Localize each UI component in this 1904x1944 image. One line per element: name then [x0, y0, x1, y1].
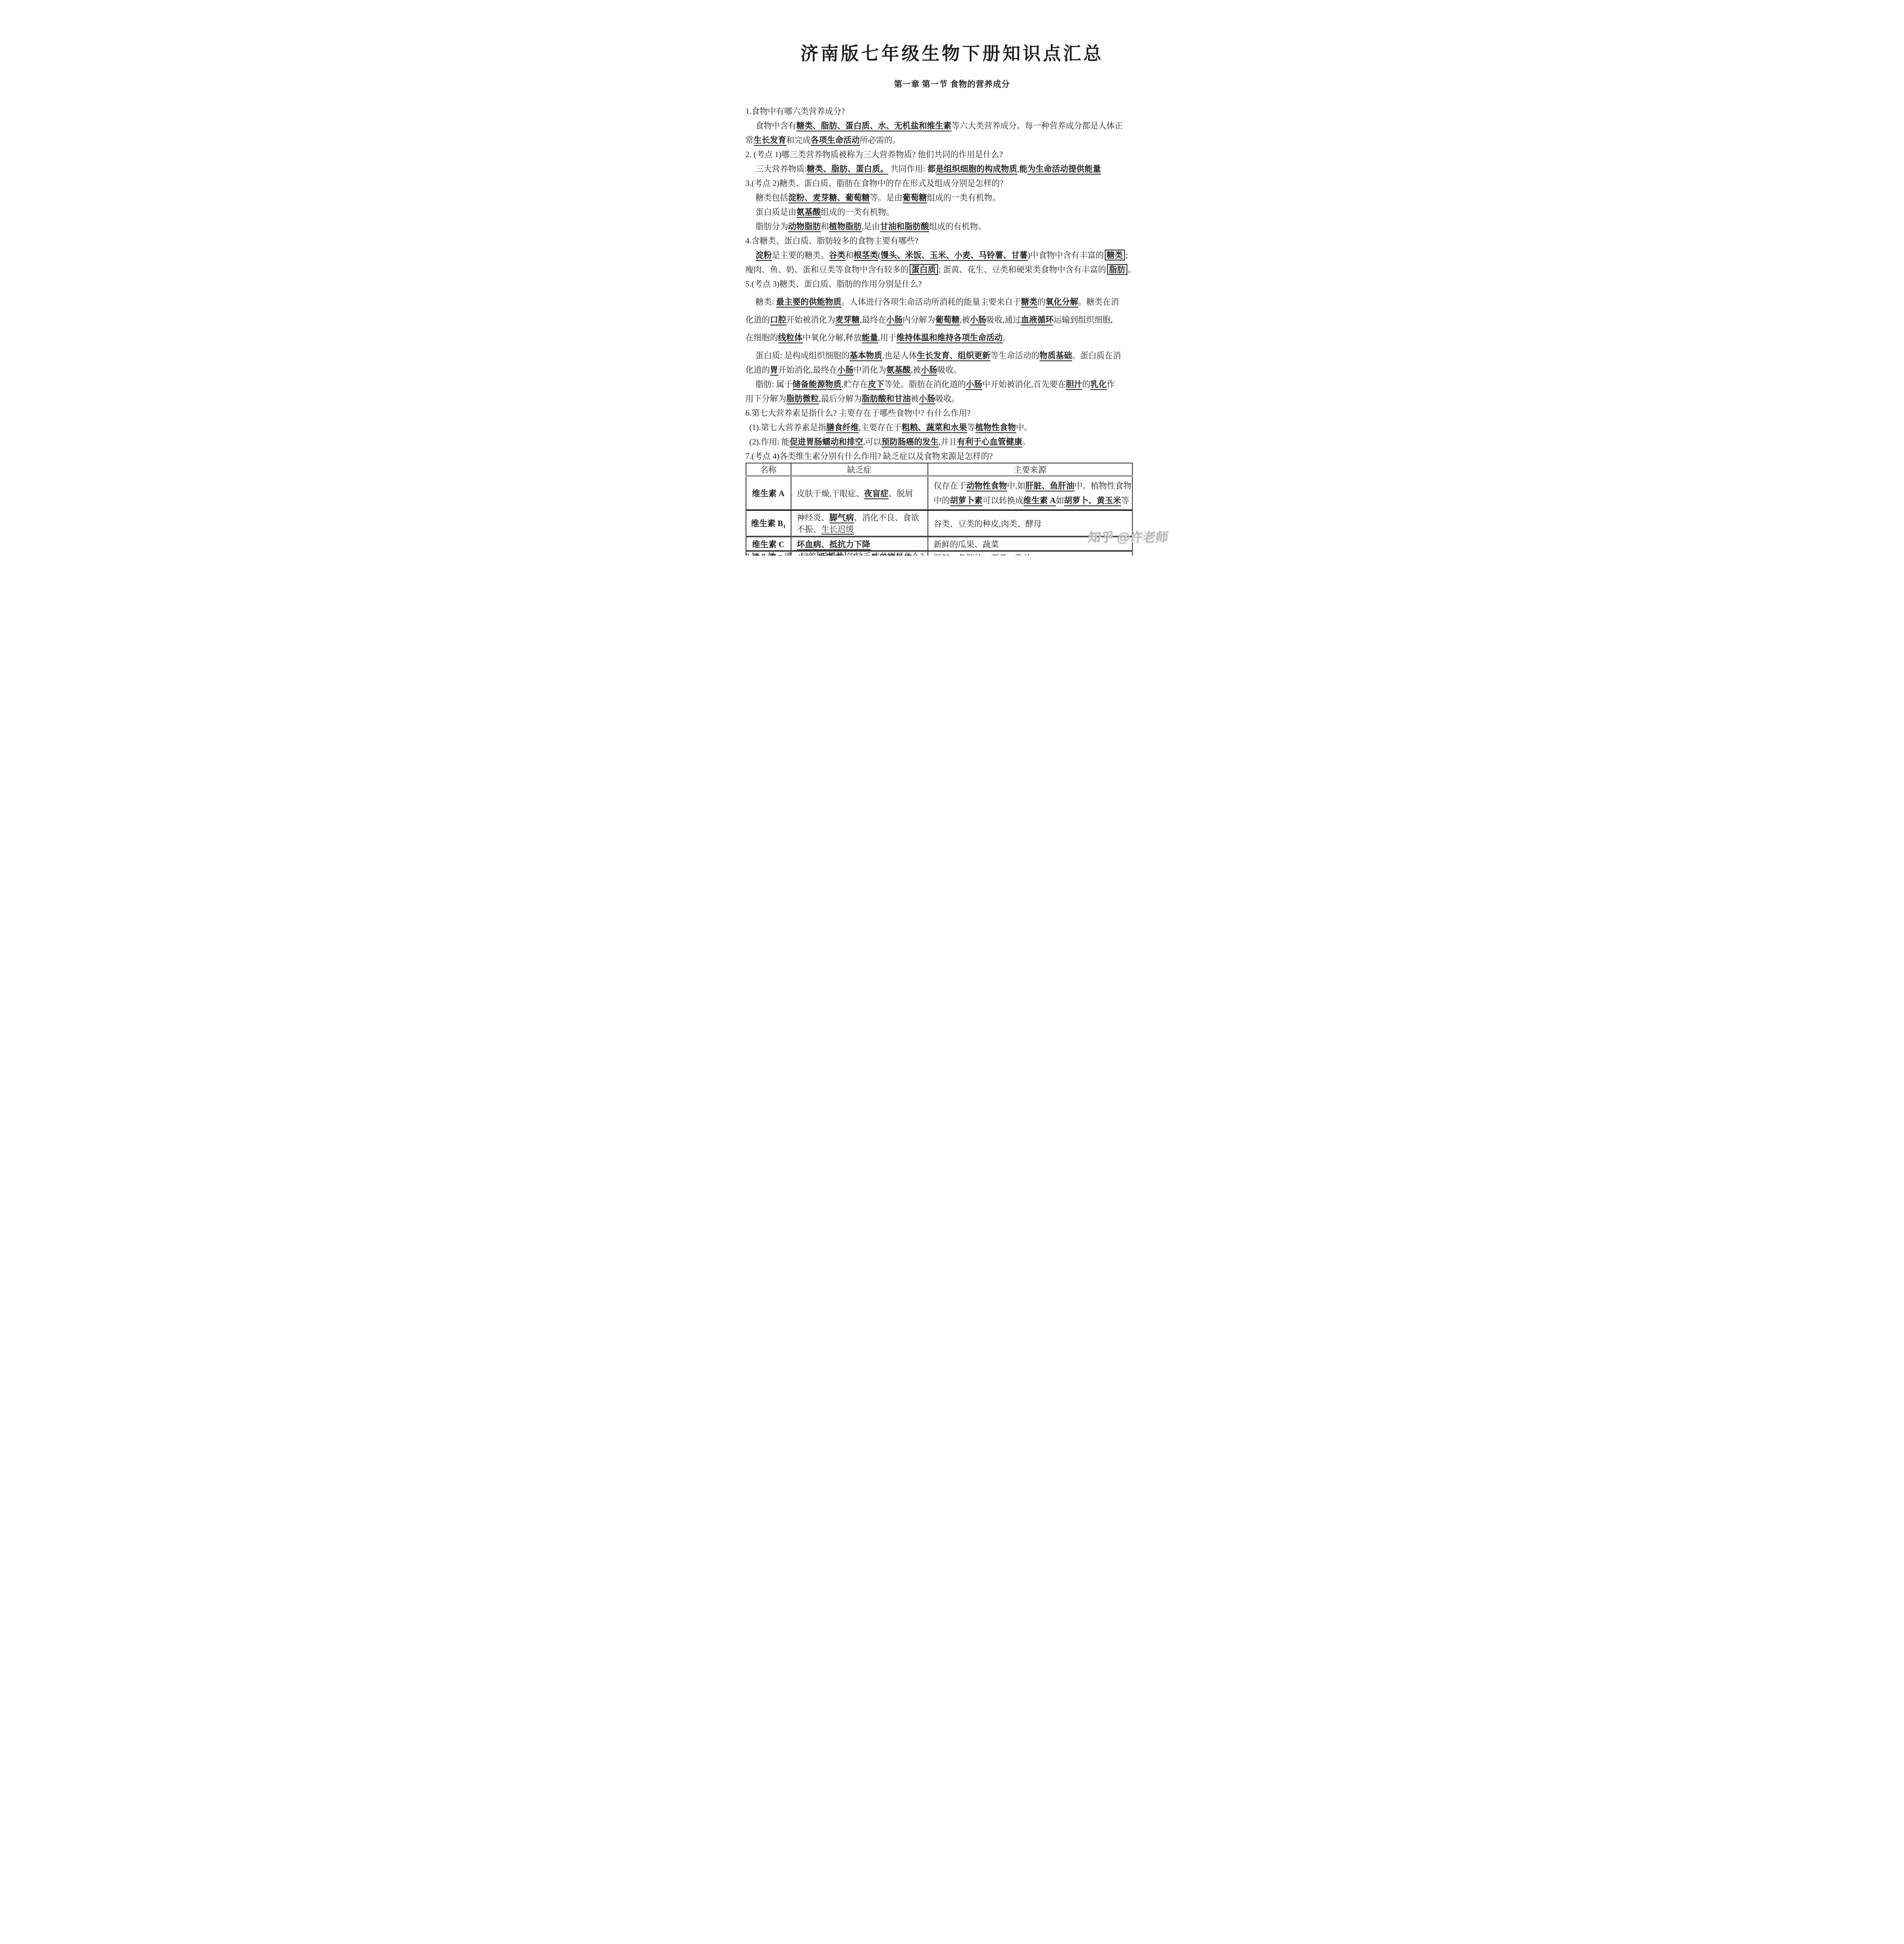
text-run: 开始消化,最终在 [778, 365, 837, 374]
text-run: 共同作用: [888, 164, 927, 173]
text-run: 脂肪分为 [756, 222, 788, 231]
emphasized-term: 淀粉 [756, 250, 772, 261]
deficiency-cell: 神经炎、脚气病、消化不良、食欲不振、生长迟缓 [791, 510, 928, 537]
text-run: 中,如 [1007, 481, 1025, 490]
text-run: 吸收。 [937, 365, 962, 374]
text-run: 用下分解为 [746, 394, 786, 403]
text-run: 1 [783, 523, 786, 529]
text-line: 常生长发育和完成各项生命活动所必需的。 [746, 133, 1134, 147]
text-run: 作 [1107, 379, 1115, 389]
emphasized-term: 生长发育 [754, 135, 786, 146]
emphasized-term: 夜盲症 [864, 489, 889, 499]
text-run: 。 [1128, 265, 1136, 274]
emphasized-term: 馒头、米饭、玉米、小麦、马铃薯、甘薯 [881, 250, 1028, 261]
text-run: ,被 [960, 315, 970, 324]
emphasized-term: 各项生命活动 [811, 135, 860, 146]
text-run: ,贮存在 [842, 379, 868, 389]
truncated-next-line: 8.钙、铁、碘、锌等无机盐的缺乏症分别是什么? [746, 552, 1134, 556]
emphasized-term: 线粒体 [778, 333, 803, 343]
text-run: 。 [1022, 437, 1031, 446]
text-run: 7.(考点 4)各类维生素分别有什么作用? 缺乏症以及食物来源是怎样的? [746, 451, 993, 461]
text-line: 1.食物中有哪六类营养成分? [746, 104, 1134, 119]
text-run: 、脱屑 [889, 489, 913, 498]
text-line: 食物中含有糖类、脂肪、蛋白质、水、无机盐和维生素等六大类营养成分。每一种营养成分… [746, 119, 1134, 133]
text-run: 运输到组织细胞, [1053, 315, 1113, 324]
text-run: 的 [1038, 297, 1046, 306]
text-run: 和完成 [786, 135, 811, 145]
text-run: 不振、 [797, 524, 821, 534]
text-run: 。 [1003, 333, 1011, 342]
text-run: 的 [1082, 379, 1090, 389]
text-run: 中的 [934, 496, 950, 505]
boxed-term: 脂肪 [1107, 264, 1127, 275]
text-run: ,也是人体 [882, 351, 917, 360]
emphasized-term: 葡萄糖 [935, 315, 960, 325]
text-line: (2).作用: 能促进胃肠蠕动和排空,可以预防肠癌的发生,并且有利于心血管健康。 [746, 435, 1134, 449]
text-run: 。蛋白质在消 [1072, 351, 1121, 360]
emphasized-term: 坏血病、抵抗力下降 [797, 540, 870, 550]
text-line: 蛋白质是由氨基酸组成的一类有机物。 [746, 205, 1134, 219]
text-line: 用下分解为脂肪微粒,最后分解为脂肪酸和甘油被小肠吸收。 [746, 392, 1134, 406]
emphasized-term: 维生素 A [1024, 496, 1056, 506]
text-line: 化道的口腔开始被消化为麦芽糖,最终在小肠内分解为葡萄糖,被小肠吸收,通过血液循环… [746, 313, 1134, 327]
text-line: 瘦肉、鱼、奶、蛋和豆类等食物中含有较多的蛋白质; 蛋黄、花生、豆类和硬果类食物中… [746, 262, 1134, 277]
text-run: 组成的一类有机物。 [927, 193, 1001, 202]
emphasized-term: 糖类、脂肪、蛋白质、水、无机盐和维生素 [797, 121, 952, 131]
text-run: 1.食物中有哪六类营养成分? [746, 107, 845, 116]
text-run: 等六大类营养成分。每一种营养成分都是人体正 [952, 121, 1123, 130]
text-run: ; 蛋黄、花生、豆类和硬果类食物中含有丰富的 [939, 265, 1106, 274]
text-run: ,并且 [939, 437, 957, 446]
emphasized-term: 动物脂肪 [788, 222, 821, 232]
boxed-term: 糖类 [1105, 250, 1125, 260]
text-run: ,是由 [862, 222, 880, 231]
text-run: ,用于 [878, 333, 896, 342]
emphasized-term: 是组织细胞的构成物质 [936, 164, 1017, 175]
text-run: 8.钙、铁、碘、锌等 [746, 552, 817, 556]
text-run: 新鲜的瓜果、蔬菜 [934, 540, 999, 549]
emphasized-term: 脂肪微粒 [786, 394, 819, 404]
emphasized-term: 糖类 [1021, 297, 1038, 308]
text-run: ( [878, 250, 881, 260]
text-run: 组成的有机物。 [929, 222, 986, 231]
text-run: 三大营养物质: [756, 164, 807, 173]
text-run: )中食物中含有丰富的 [1028, 250, 1104, 260]
text-run: 的缺乏症分别是什么? [847, 552, 924, 556]
emphasized-term: 糖类、脂肪、蛋白质。 [807, 164, 888, 175]
text-run: ,最终在 [860, 315, 886, 324]
underlined-term: 生长迟缓 [821, 524, 854, 535]
text-run: (2).作用: 能 [749, 437, 790, 446]
emphasized-term: 粗粮、蔬菜和水果 [902, 423, 967, 433]
watermark: 知乎 @许老师 [1087, 527, 1169, 545]
text-run: 糖类包括 [756, 193, 788, 202]
emphasized-term: 胆汁 [1066, 379, 1082, 390]
text-line: 7.(考点 4)各类维生素分别有什么作用? 缺乏症以及食物来源是怎样的? [746, 449, 1134, 463]
text-line: 淀粉是主要的糖类。谷类和根茎类(馒头、米饭、玉米、小麦、马铃薯、甘薯)中食物中含… [746, 248, 1134, 262]
text-run: 糖类: [756, 297, 776, 306]
text-run: 是主要的糖类。 [772, 250, 829, 260]
emphasized-term: 膳食纤维 [826, 423, 859, 433]
text-run: 仅存在于 [934, 481, 966, 490]
text-run: 等 [1121, 496, 1129, 505]
text-run: 组成的一类有机物。 [821, 207, 894, 217]
text-run: 等。是由 [870, 193, 903, 202]
text-line: 脂肪分为动物脂肪和植物脂肪,是由甘油和脂肪酸组成的有机物。 [746, 219, 1134, 234]
text-run: 和 [845, 250, 854, 260]
page-title: 济南版七年级生物下册知识点汇总 [714, 44, 1190, 64]
text-run: ,主要存在于 [859, 423, 901, 432]
text-run: ,可以 [863, 437, 881, 446]
emphasized-term: 储备能源物质 [793, 379, 842, 390]
emphasized-term: 促进胃肠蠕动和排空 [790, 437, 863, 448]
text-run: 中消化为 [854, 365, 886, 374]
text-run: ,最后分解为 [819, 394, 862, 403]
emphasized-term: 乳化 [1090, 379, 1107, 390]
emphasized-term: 氧化分解 [1046, 297, 1078, 308]
emphasized-term: 为生命活动提供能量 [1027, 164, 1101, 175]
text-run: 等生命活动的 [990, 351, 1039, 360]
text-run: 瘦肉、鱼、奶、蛋和豆类等食物中含有较多的 [746, 265, 909, 274]
emphasized-term: 脚气病 [830, 513, 854, 523]
emphasized-term: 脂肪酸和甘油 [862, 394, 911, 404]
vitamin-table: 名称 缺乏症 主要来源 维生素 A皮肤干燥,干眼症、夜盲症、脱屑仅存在于动物性食… [746, 463, 1133, 556]
text-line: 6.第七大营养素是指什么? 主要存在于哪些食物中? 有什么作用? [746, 406, 1134, 420]
emphasized-term: 能 [1019, 164, 1027, 173]
text-run: 中。 [1016, 423, 1032, 432]
emphasized-term: 小肠 [970, 315, 986, 325]
text-run: 3.(考点 2)糖类、蛋白质、脂肪在食物中的存在形式及组成分别是怎样的? [746, 178, 1004, 188]
text-run: 谷类、豆类的种皮,肉类、酵母 [934, 519, 1042, 528]
text-line: 蛋白质: 是构成组织细胞的基本物质,也是人体生长发育、组织更新等生命活动的物质基… [746, 348, 1134, 363]
text-run: ,被 [911, 365, 921, 374]
table-header-deficiency: 缺乏症 [791, 463, 928, 476]
text-line: 糖类: 最主要的供能物质。人体进行各项生命活动所消耗的能量主要来自于糖类的氧化分… [746, 295, 1134, 309]
table-header-name: 名称 [746, 463, 791, 476]
text-run: 化道的 [746, 315, 770, 324]
text-run: 脂肪: 属于 [756, 379, 793, 389]
document-page: 济南版七年级生物下册知识点汇总 第一章 第一节 食物的营养成分 1.食物中有哪六… [714, 0, 1190, 556]
emphasized-term: 氨基酸 [797, 207, 821, 218]
emphasized-term: 植物性食物 [975, 423, 1016, 433]
text-run: 6.第七大营养素是指什么? 主要存在于哪些食物中? 有什么作用? [746, 408, 971, 418]
deficiency-cell: 皮肤干燥,干眼症、夜盲症、脱屑 [791, 476, 928, 510]
text-run: 所必需的。 [860, 135, 901, 145]
text-run: 中。植物性食物 [1074, 481, 1132, 490]
table-header-row: 名称 缺乏症 主要来源 [746, 463, 1132, 476]
text-run: 皮肤干燥,干眼症、 [797, 489, 864, 498]
text-run: ; [1126, 250, 1128, 260]
emphasized-term: 肝脏、鱼肝油 [1025, 481, 1074, 491]
text-run: (1).第七大营养素是指 [749, 423, 826, 432]
emphasized-term: 维持体温和维持各项生命活动 [896, 333, 1003, 343]
text-line: 糖类包括淀粉、麦芽糖、葡萄糖等。是由葡萄糖组成的一类有机物。 [746, 191, 1134, 205]
emphasized-term: 血液循环 [1021, 315, 1053, 325]
vitamin-name-cell: 维生素 B1 [746, 510, 791, 537]
text-line: 4.含糖类、蛋白质、脂肪较多的食物主要有哪些? [746, 234, 1134, 248]
text-run: 5.(考点 3)糖类、蛋白质、脂肪的作用分别是什么? [746, 279, 922, 288]
text-line: 在细胞的线粒体中氧化分解,释放能量,用于维持体温和维持各项生命活动。 [746, 330, 1134, 345]
emphasized-term: 口腔 [770, 315, 786, 325]
text-run: 吸收。 [935, 394, 960, 403]
text-line: (1).第七大营养素是指膳食纤维,主要存在于粗粮、蔬菜和水果等植物性食物中。 [746, 420, 1134, 435]
emphasized-term: 动物性食物 [966, 481, 1007, 491]
table-row: 维生素 C坏血病、抵抗力下降新鲜的瓜果、蔬菜 [746, 537, 1132, 551]
emphasized-term: 基本物质 [850, 351, 882, 361]
text-run: 食物中含有 [756, 121, 797, 130]
table-row: 维生素 B1神经炎、脚气病、消化不良、食欲不振、生长迟缓谷类、豆类的种皮,肉类、… [746, 510, 1132, 537]
emphasized-term: 根茎类 [854, 250, 878, 261]
emphasized-term: 维生素 C [752, 540, 784, 549]
text-line: 5.(考点 3)糖类、蛋白质、脂肪的作用分别是什么? [746, 277, 1134, 291]
emphasized-term: 都 [928, 164, 936, 173]
text-run: 如 [1056, 496, 1064, 505]
document-body: 1.食物中有哪六类营养成分?食物中含有糖类、脂肪、蛋白质、水、无机盐和维生素等六… [746, 104, 1134, 463]
table-header-sources: 主要来源 [928, 463, 1132, 476]
table-row: 维生素 A皮肤干燥,干眼症、夜盲症、脱屑仅存在于动物性食物中,如肝脏、鱼肝油中。… [746, 476, 1132, 510]
text-run: 蛋白质是由 [756, 207, 797, 217]
emphasized-term: 植物脂肪 [829, 222, 862, 232]
text-run: 。人体进行各项生命活动所消耗的能量主要来自于 [842, 297, 1021, 306]
text-run: 和 [821, 222, 829, 231]
text-line: 三大营养物质:糖类、脂肪、蛋白质。 共同作用: 都是组织细胞的构成物质,能为生命… [746, 162, 1134, 176]
text-run: 被 [911, 394, 919, 403]
boxed-term: 无机盐 [817, 552, 846, 556]
text-run: 等处。脂肪在消化道的 [884, 379, 966, 389]
text-run: 常 [746, 135, 754, 145]
text-run: 中开始被消化,首先要在 [982, 379, 1066, 389]
emphasized-term: 维生素 B [751, 519, 783, 528]
boxed-term: 蛋白质 [910, 264, 938, 275]
vitamin-name-cell: 维生素 A [746, 476, 791, 510]
emphasized-term: 皮下 [868, 379, 884, 390]
emphasized-term: 有利于心血管健康 [957, 437, 1022, 448]
emphasized-term: 小肠 [921, 365, 937, 376]
emphasized-term: 小肠 [837, 365, 854, 376]
emphasized-term: 甘油和脂肪酸 [880, 222, 929, 232]
text-line: 2. (考点 1)哪三类营养物质被称为三大营养物质? 他们共同的作用是什么? [746, 147, 1134, 162]
emphasized-term: 小肠 [886, 315, 903, 325]
vitamin-name-cell: 维生素 C [746, 537, 791, 551]
text-run: 中氧化分解,释放 [803, 333, 862, 342]
text-run: 化道的 [746, 365, 770, 374]
text-run: 神经炎、 [797, 513, 830, 522]
text-run: 、消化不良、食欲 [854, 513, 919, 522]
emphasized-term: 氨基酸 [886, 365, 911, 376]
emphasized-term: 胡萝卜、黄玉米 [1064, 496, 1121, 506]
emphasized-term: 淀粉、麦芽糖、葡萄糖 [788, 193, 870, 203]
emphasized-term: 葡萄糖 [903, 193, 927, 203]
emphasized-term: 麦芽糖 [835, 315, 860, 325]
emphasized-term: 小肠 [966, 379, 982, 390]
text-run: 。糖类在消 [1078, 297, 1119, 306]
emphasized-term: 预防肠癌的发生 [882, 437, 939, 448]
text-run: 2. (考点 1)哪三类营养物质被称为三大营养物质? 他们共同的作用是什么? [746, 150, 1003, 159]
text-run: 4.含糖类、蛋白质、脂肪较多的食物主要有哪些? [746, 236, 919, 245]
emphasized-term: 小肠 [919, 394, 935, 404]
text-run: 吸收,通过 [986, 315, 1021, 324]
emphasized-term: 胃 [770, 365, 778, 376]
emphasized-term: 生长发育、组织更新 [917, 351, 990, 361]
text-run: 在细胞的 [746, 333, 778, 342]
emphasized-term: 胡萝卜素 [950, 496, 983, 506]
section-heading: 第一章 第一节 食物的营养成分 [714, 78, 1190, 89]
text-line: 脂肪: 属于储备能源物质,贮存在皮下等处。脂肪在消化道的小肠中开始被消化,首先要… [746, 377, 1134, 392]
text-run: 开始被消化为 [786, 315, 835, 324]
text-line: 3.(考点 2)糖类、蛋白质、脂肪在食物中的存在形式及组成分别是怎样的? [746, 176, 1134, 191]
text-line: 化道的胃开始消化,最终在小肠中消化为氨基酸,被小肠吸收。 [746, 363, 1134, 377]
sources-cell: 仅存在于动物性食物中,如肝脏、鱼肝油中。植物性食物中的胡萝卜素可以转换成维生素 … [928, 476, 1132, 510]
deficiency-cell: 坏血病、抵抗力下降 [791, 537, 928, 551]
text-run: 可以转换成 [983, 496, 1024, 505]
text-run: 内分解为 [903, 315, 935, 324]
emphasized-term: 谷类 [829, 250, 845, 261]
emphasized-term: 维生素 A [752, 489, 784, 498]
emphasized-term: 最主要的供能物质 [776, 297, 842, 308]
text-run: 等 [967, 423, 975, 432]
emphasized-term: 能量 [862, 333, 878, 343]
emphasized-term: 物质基础 [1039, 351, 1072, 361]
text-run: 蛋白质: 是构成组织细胞的 [756, 351, 850, 360]
